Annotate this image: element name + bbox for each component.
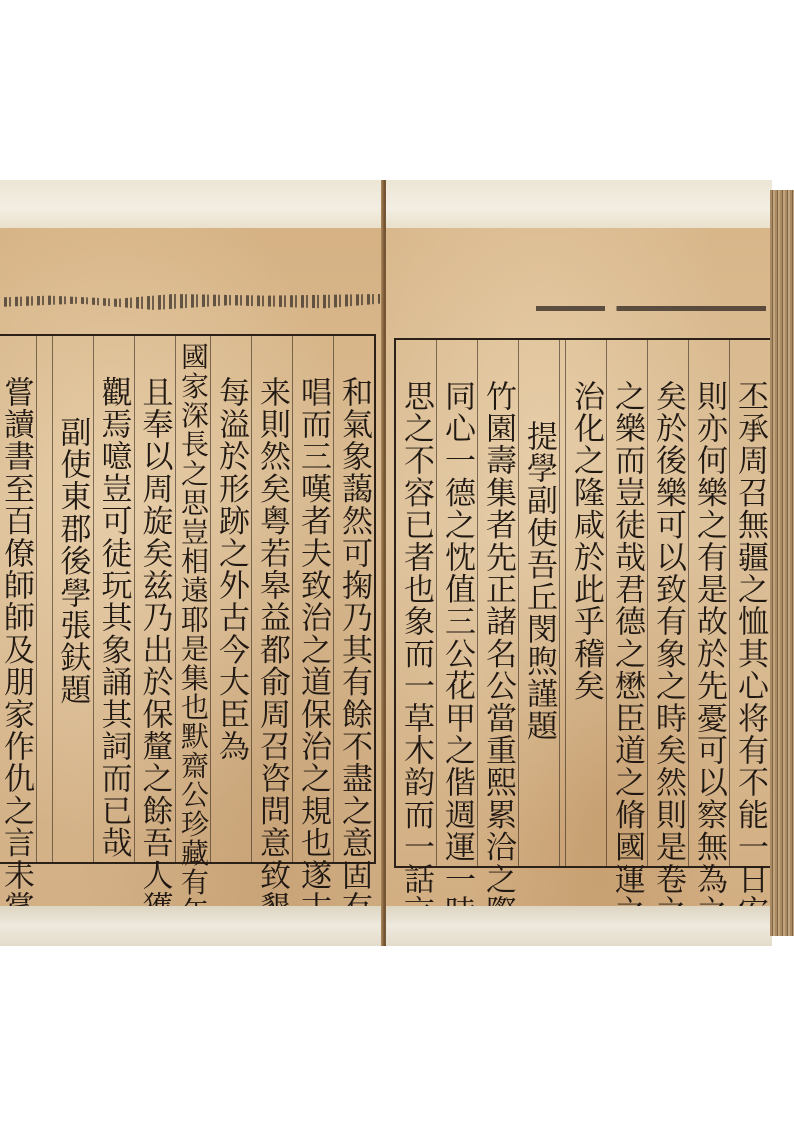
text-column — [36, 336, 52, 862]
text-column: 来則然矣粤若皋益都俞周召咨問意致懇切 — [251, 336, 292, 862]
text-column: 和氣象藹然可掬乃其有餘不盡之意固有一 — [333, 336, 374, 862]
text-column: 每溢於形跡之外古今大臣為 — [210, 336, 251, 862]
column-text: 之樂而豈徒哉君德之懋臣道之脩國運之泰 — [607, 340, 647, 866]
right-page: 丕承周召無疆之恤其心将有不能一日安者 則亦何樂之有是故於先憂可以察無為之治 矣於… — [386, 180, 772, 946]
column-signature: 提學副使吾丘閔煦謹題 — [519, 340, 559, 866]
top-margin-strip — [386, 180, 772, 228]
page-edges-stack — [770, 190, 794, 936]
text-column: 提學副使吾丘閔煦謹題 — [518, 340, 559, 866]
text-column: 思之不容已者也象而一草木韵而一話言太 — [396, 340, 436, 866]
column-text: 矣於後樂可以致有象之時矣然則是卷之壽 — [648, 340, 688, 866]
text-column: 且奉以周旋矣兹乃出於保釐之餘吾人獲縱 — [134, 336, 175, 862]
text-columns: 和氣象藹然可掬乃其有餘不盡之意固有一 唱而三嘆者夫致治之道保治之規也遂古以 来則… — [0, 336, 374, 862]
text-column: 丕承周召無疆之恤其心将有不能一日安者 — [729, 340, 770, 866]
text-column: 矣於後樂可以致有象之時矣然則是卷之壽 — [647, 340, 688, 866]
column-text: 且奉以周旋矣兹乃出於保釐之餘吾人獲縱 — [135, 336, 175, 862]
column-text: 竹園壽集者先正諸名公當重熙累洽之際抱 — [478, 340, 518, 866]
column-text: 治化之隆咸於此乎稽矣 — [566, 340, 606, 866]
open-book: 和氣象藹然可掬乃其有餘不盡之意固有一 唱而三嘆者夫致治之道保治之規也遂古以 来則… — [0, 180, 794, 946]
column-text: 每溢於形跡之外古今大臣為 — [211, 336, 251, 862]
text-frame: 和氣象藹然可掬乃其有餘不盡之意固有一 唱而三嘆者夫致治之道保治之規也遂古以 来則… — [0, 334, 376, 864]
column-text: 来則然矣粤若皋益都俞周召咨問意致懇切 — [252, 336, 292, 862]
text-columns: 丕承周召無疆之恤其心将有不能一日安者 則亦何樂之有是故於先憂可以察無為之治 矣於… — [396, 340, 770, 866]
text-column: 治化之隆咸於此乎稽矣 — [565, 340, 606, 866]
text-column: 國家深長之思豈相遠耶是集也默齋公珍藏有年 — [175, 336, 211, 862]
text-frame: 丕承周召無疆之恤其心将有不能一日安者 則亦何樂之有是故於先憂可以察無為之治 矣於… — [394, 338, 772, 868]
text-column — [559, 340, 565, 866]
column-text: 和氣象藹然可掬乃其有餘不盡之意固有一 — [334, 336, 374, 862]
text-column: 竹園壽集者先正諸名公當重熙累洽之際抱 — [477, 340, 518, 866]
column-text-elevated: 國家深長之思豈相遠耶是集也默齋公珍藏有年 — [176, 336, 211, 862]
text-column: 副使東郡後學張鈇題 — [52, 336, 93, 862]
column-signature: 副使東郡後學張鈇題 — [53, 336, 93, 862]
top-margin-strip — [0, 180, 384, 228]
left-page: 和氣象藹然可掬乃其有餘不盡之意固有一 唱而三嘆者夫致治之道保治之規也遂古以 来則… — [0, 180, 384, 946]
text-column: 唱而三嘆者夫致治之道保治之規也遂古以 — [292, 336, 333, 862]
bottom-margin-strip — [386, 906, 772, 946]
column-text: 同心一德之忱值三公花甲之偕週運一時藻 — [437, 340, 477, 866]
column-text: 嘗讀書至百僚師師及朋家作仇之言未嘗不 — [0, 336, 36, 862]
bottom-margin-strip — [0, 906, 384, 946]
text-column: 觀焉噫豈可徒玩其象誦其詞而已哉 — [93, 336, 134, 862]
column-text: 唱而三嘆者夫致治之道保治之規也遂古以 — [293, 336, 333, 862]
text-column: 嘗讀書至百僚師師及朋家作仇之言未嘗不 — [0, 336, 36, 862]
column-text: 則亦何樂之有是故於先憂可以察無為之治 — [689, 340, 729, 866]
column-text: 丕承周召無疆之恤其心将有不能一日安者 — [730, 340, 770, 866]
text-column: 之樂而豈徒哉君德之懋臣道之脩國運之泰 — [606, 340, 647, 866]
text-column: 同心一德之忱值三公花甲之偕週運一時藻 — [436, 340, 477, 866]
column-text: 思之不容已者也象而一草木韵而一話言太 — [396, 340, 436, 866]
column-text: 觀焉噫豈可徒玩其象誦其詞而已哉 — [94, 336, 134, 862]
text-column: 則亦何樂之有是故於先憂可以察無為之治 — [688, 340, 729, 866]
worn-border-mark — [536, 306, 766, 311]
